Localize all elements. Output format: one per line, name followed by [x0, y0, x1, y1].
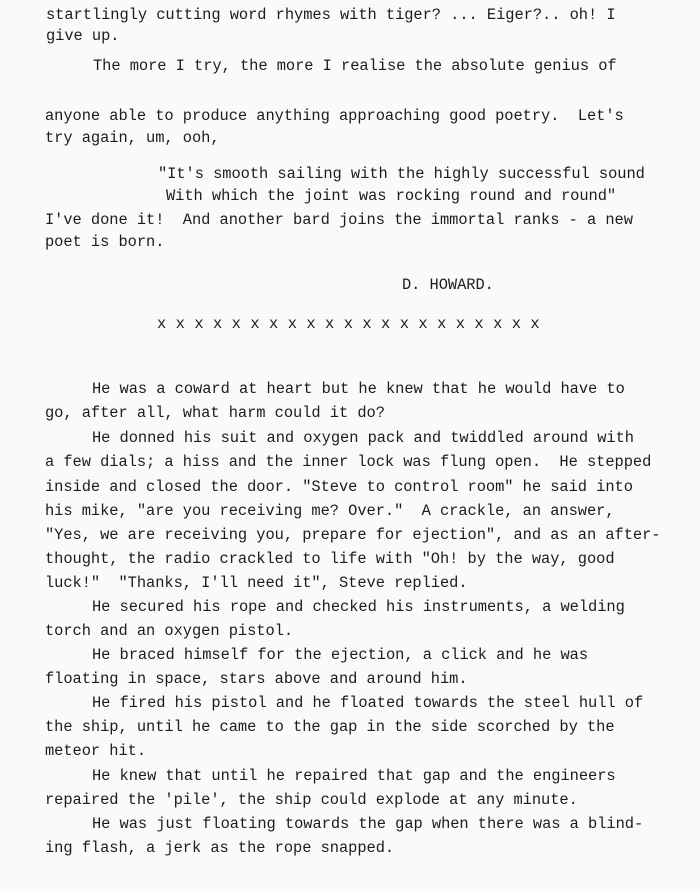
poem-line: give up.: [46, 26, 120, 46]
section-separator: x x x x x x x x x x x x x x x x x x x x …: [157, 314, 540, 334]
story-line: He knew that until he repaired that gap …: [92, 766, 616, 786]
story-line: his mike, "are you receiving me? Over." …: [45, 501, 615, 521]
story-line: He braced himself for the ejection, a cl…: [92, 645, 588, 665]
story-line: thought, the radio crackled to life with…: [45, 549, 615, 569]
story-line: torch and an oxygen pistol.: [45, 621, 293, 641]
story-line: the ship, until he came to the gap in th…: [45, 717, 615, 737]
story-line: He was just floating towards the gap whe…: [92, 814, 643, 834]
story-line: inside and closed the door. "Steve to co…: [45, 477, 633, 497]
story-line: He donned his suit and oxygen pack and t…: [92, 428, 634, 448]
story-line: He secured his rope and checked his inst…: [92, 597, 625, 617]
story-line: luck!" "Thanks, I'll need it", Steve rep…: [45, 573, 468, 593]
story-line: ing flash, a jerk as the rope snapped.: [45, 838, 394, 858]
typed-page: startlingly cutting word rhymes with tig…: [0, 0, 700, 891]
story-line: repaired the 'pile', the ship could expl…: [45, 790, 578, 810]
poem-line: I've done it! And another bard joins the…: [45, 210, 633, 230]
story-line: He fired his pistol and he floated towar…: [92, 693, 643, 713]
story-line: He was a coward at heart but he knew tha…: [92, 379, 625, 399]
poem-line: try again, um, ooh,: [45, 128, 220, 148]
poem-line: poet is born.: [45, 232, 164, 252]
poem-quote-line: With which the joint was rocking round a…: [166, 186, 616, 206]
poem-quote-line: "It's smooth sailing with the highly suc…: [158, 164, 645, 184]
story-line: meteor hit.: [45, 741, 146, 761]
story-line: "Yes, we are receiving you, prepare for …: [45, 525, 660, 545]
poem-line: anyone able to produce anything approach…: [45, 106, 624, 126]
story-line: a few dials; a hiss and the inner lock w…: [45, 452, 651, 472]
story-line: floating in space, stars above and aroun…: [45, 669, 468, 689]
poem-line: The more I try, the more I realise the a…: [93, 56, 617, 76]
poem-author: D. HOWARD.: [402, 275, 494, 295]
story-line: go, after all, what harm could it do?: [45, 403, 385, 423]
poem-line: startlingly cutting word rhymes with tig…: [46, 5, 616, 25]
